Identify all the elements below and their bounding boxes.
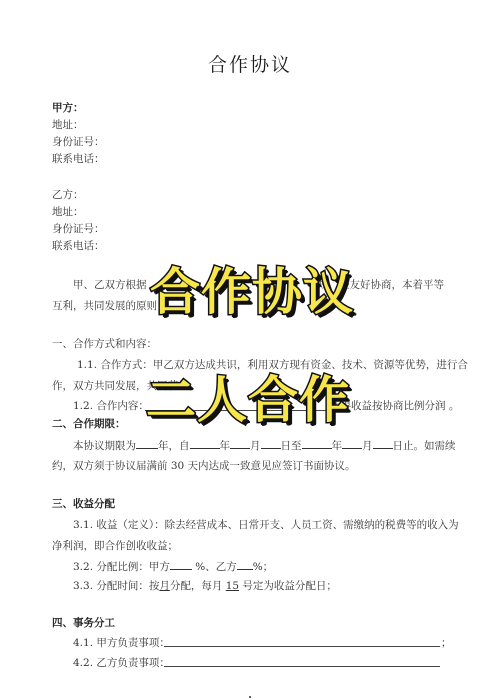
section-4-p1-end: ；: [441, 636, 452, 650]
term-text: 年: [332, 440, 343, 452]
section-2-p2: 约，双方须于协议届满前 30 天内达成一致意见应签订书面协议。: [52, 459, 356, 473]
document-title: 合作协议: [0, 50, 500, 77]
overlay-headline: 合作协议: [150, 252, 354, 324]
party-b-address: 地址：: [52, 205, 84, 219]
party-a-duties-blank[interactable]: [164, 646, 440, 647]
section-4-heading: 四、事务分工: [52, 616, 115, 630]
party-a-label: 甲方：: [52, 101, 84, 115]
section-3-p2: 3.2. 分配比例：甲方 %、乙方%；: [73, 559, 273, 574]
ratio-text: %、乙方: [192, 561, 237, 573]
overlay-subheadline: 二人合作: [146, 360, 350, 432]
party-b-label: 乙方：: [52, 188, 84, 202]
timing-text: 3.3. 分配时间：按: [73, 580, 159, 592]
end-day-blank[interactable]: [373, 438, 393, 449]
party-b-phone: 联系电话：: [52, 239, 105, 253]
party-b-duties-blank[interactable]: [164, 666, 440, 667]
party-a-id-number: 身份证号：: [52, 135, 105, 149]
start-day-blank[interactable]: [261, 438, 281, 449]
section-3-p3: 3.3. 分配时间：按月分配，每月 15 号定为收益分配日；: [73, 579, 337, 593]
start-year-blank[interactable]: [190, 438, 220, 449]
ratio-text: %；: [253, 561, 273, 573]
party-a-phone: 联系电话：: [52, 152, 105, 166]
term-text: 本协议期限为: [73, 440, 136, 452]
end-year-blank[interactable]: [302, 438, 332, 449]
distribution-period-value[interactable]: 月: [159, 580, 170, 592]
timing-text: 号定为收益分配日；: [239, 580, 337, 592]
section-3-p1-line2: 净利润，即合作创收收益；: [52, 539, 178, 553]
preamble-line1-start: 甲、乙双方根据: [73, 278, 147, 292]
section-1-heading: 一、合作方式和内容：: [52, 337, 157, 351]
section-4-p2-label: 4.2. 乙方负责事项：: [73, 656, 170, 670]
party-b-ratio-blank[interactable]: [237, 559, 253, 570]
term-text: 日至: [281, 440, 302, 452]
section-2-p1: 本协议期限为年，自年月日至年月日止。如需续: [73, 438, 456, 453]
party-a-address: 地址：: [52, 118, 84, 132]
term-text: 日止。如需续: [393, 440, 456, 452]
term-years-blank[interactable]: [136, 438, 158, 449]
document-page: 合作协议 甲方： 地址： 身份证号： 联系电话： 乙方： 地址： 身份证号： 联…: [0, 0, 500, 699]
section-3-p1-line1: 3.1. 收益（定义）：除去经营成本、日常开支、人员工资、需缴纳的税费等的收入为: [73, 518, 459, 532]
term-text: 月: [250, 440, 261, 452]
distribution-day-value[interactable]: 15: [226, 580, 239, 592]
section-4-p1-label: 4.1. 甲方负责事项：: [73, 636, 170, 650]
section-1-p2-label: 1.2. 合作内容：: [73, 399, 149, 413]
start-month-blank[interactable]: [230, 438, 250, 449]
section-2-heading: 二、合作期限：: [52, 417, 126, 431]
ratio-text: 3.2. 分配比例：甲方: [73, 561, 170, 573]
party-b-id-number: 身份证号：: [52, 222, 105, 236]
section-3-heading: 三、收益分配: [52, 497, 115, 511]
term-text: 年: [220, 440, 231, 452]
term-text: 年，自: [158, 440, 190, 452]
preamble-line2: 互利，共同发展的原则: [52, 299, 157, 313]
party-a-ratio-blank[interactable]: [170, 559, 192, 570]
timing-text: 分配，每月: [170, 580, 226, 592]
term-text: 月: [362, 440, 373, 452]
page-marker: [249, 696, 251, 698]
end-month-blank[interactable]: [342, 438, 362, 449]
